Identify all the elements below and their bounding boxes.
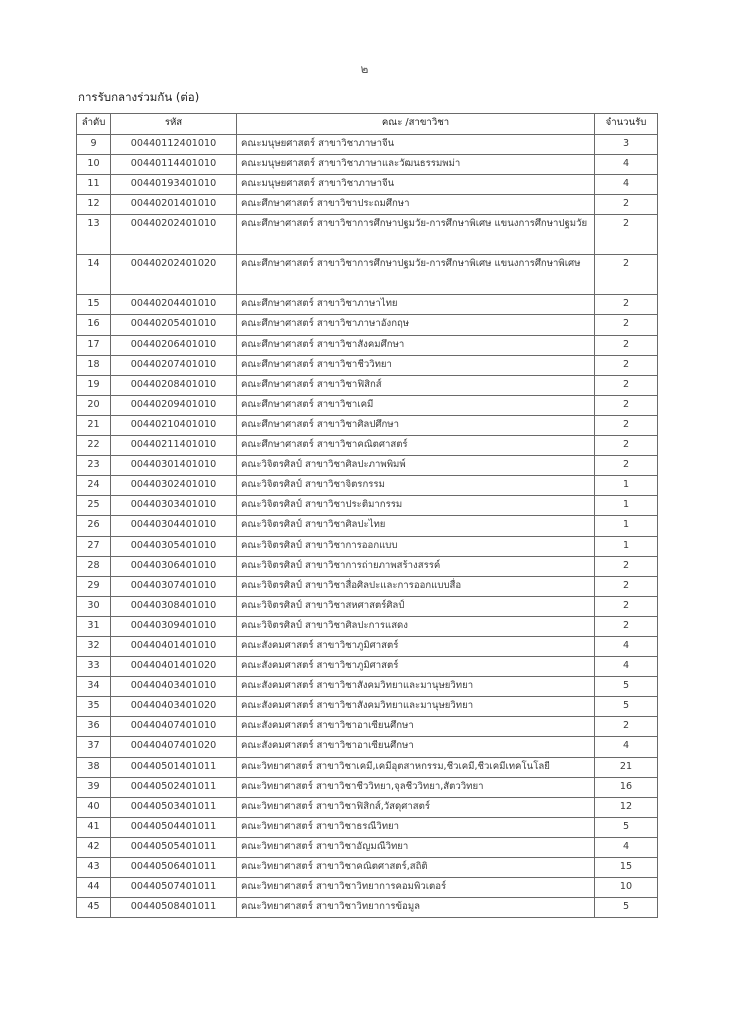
row-quota: 5 xyxy=(595,677,658,697)
row-faculty-major: คณะสังคมศาสตร์ สาขาวิชาภูมิศาสตร์ xyxy=(237,657,595,677)
row-quota: 2 xyxy=(595,215,658,255)
table-row: 2400440302401010คณะวิจิตรศิลป์ สาขาวิชาจ… xyxy=(77,476,658,496)
table-row: 1100440193401010คณะมนุษยศาสตร์ สาขาวิชาภ… xyxy=(77,175,658,195)
row-code: 00440302401010 xyxy=(111,476,237,496)
table-row: 1900440208401010คณะศึกษาศาสตร์ สาขาวิชาฟ… xyxy=(77,375,658,395)
header-quota: จำนวนรับ xyxy=(595,114,658,135)
row-order: 28 xyxy=(77,556,111,576)
row-quota: 2 xyxy=(595,456,658,476)
row-quota: 5 xyxy=(595,898,658,918)
table-row: 4400440507401011คณะวิทยาศาสตร์ สาขาวิชาว… xyxy=(77,878,658,898)
row-quota: 21 xyxy=(595,757,658,777)
row-code: 00440112401010 xyxy=(111,135,237,155)
row-faculty-major: คณะสังคมศาสตร์ สาขาวิชาสังคมวิทยาและมานุ… xyxy=(237,697,595,717)
row-faculty-major: คณะวิจิตรศิลป์ สาขาวิชาประติมากรรม xyxy=(237,496,595,516)
row-order: 32 xyxy=(77,636,111,656)
row-code: 00440506401011 xyxy=(111,858,237,878)
row-order: 33 xyxy=(77,657,111,677)
row-order: 17 xyxy=(77,335,111,355)
row-order: 35 xyxy=(77,697,111,717)
row-faculty-major: คณะวิจิตรศิลป์ สาขาวิชาศิลปะการแสดง xyxy=(237,616,595,636)
table-row: 2000440209401010คณะศึกษาศาสตร์ สาขาวิชาเ… xyxy=(77,395,658,415)
table-row: 3600440407401010คณะสังคมศาสตร์ สาขาวิชาอ… xyxy=(77,717,658,737)
row-quota: 1 xyxy=(595,476,658,496)
row-quota: 2 xyxy=(595,596,658,616)
row-faculty-major: คณะศึกษาศาสตร์ สาขาวิชาฟิสิกส์ xyxy=(237,375,595,395)
row-code: 00440208401010 xyxy=(111,375,237,395)
row-code: 00440501401011 xyxy=(111,757,237,777)
row-quota: 10 xyxy=(595,878,658,898)
row-quota: 2 xyxy=(595,255,658,295)
table-row: 2700440305401010คณะวิจิตรศิลป์ สาขาวิชาก… xyxy=(77,536,658,556)
row-quota: 15 xyxy=(595,858,658,878)
row-order: 23 xyxy=(77,456,111,476)
row-faculty-major: คณะวิจิตรศิลป์ สาขาวิชาจิตรกรรม xyxy=(237,476,595,496)
row-faculty-major: คณะศึกษาศาสตร์ สาขาวิชาภาษาอังกฤษ xyxy=(237,315,595,335)
row-order: 30 xyxy=(77,596,111,616)
row-order: 42 xyxy=(77,837,111,857)
table-row: 4300440506401011คณะวิทยาศาสตร์ สาขาวิชาค… xyxy=(77,858,658,878)
row-faculty-major: คณะศึกษาศาสตร์ สาขาวิชาประถมศึกษา xyxy=(237,195,595,215)
row-faculty-major: คณะวิทยาศาสตร์ สาขาวิชาธรณีวิทยา xyxy=(237,817,595,837)
row-code: 00440307401010 xyxy=(111,576,237,596)
row-code: 00440206401010 xyxy=(111,335,237,355)
table-row: 4000440503401011คณะวิทยาศาสตร์ สาขาวิชาฟ… xyxy=(77,797,658,817)
row-quota: 4 xyxy=(595,155,658,175)
row-faculty-major: คณะมนุษยศาสตร์ สาขาวิชาภาษาและวัฒนธรรมพม… xyxy=(237,155,595,175)
header-order: ลำดับ xyxy=(77,114,111,135)
row-order: 39 xyxy=(77,777,111,797)
table-row: 1000440114401010คณะมนุษยศาสตร์ สาขาวิชาภ… xyxy=(77,155,658,175)
table-row: 3900440502401011คณะวิทยาศาสตร์ สาขาวิชาช… xyxy=(77,777,658,797)
row-faculty-major: คณะศึกษาศาสตร์ สาขาวิชาการศึกษาปฐมวัย-กา… xyxy=(237,215,595,255)
row-quota: 4 xyxy=(595,175,658,195)
row-code: 00440401401020 xyxy=(111,657,237,677)
row-order: 43 xyxy=(77,858,111,878)
row-order: 22 xyxy=(77,436,111,456)
row-quota: 12 xyxy=(595,797,658,817)
row-faculty-major: คณะวิทยาศาสตร์ สาขาวิชาคณิตศาสตร์,สถิติ xyxy=(237,858,595,878)
table-header-row: ลำดับ รหัส คณะ /สาขาวิชา จำนวนรับ xyxy=(77,114,658,135)
table-row: 2600440304401010คณะวิจิตรศิลป์ สาขาวิชาศ… xyxy=(77,516,658,536)
row-order: 38 xyxy=(77,757,111,777)
row-quota: 2 xyxy=(595,195,658,215)
table-row: 1400440202401020คณะศึกษาศาสตร์ สาขาวิชาก… xyxy=(77,255,658,295)
table-row: 3100440309401010คณะวิจิตรศิลป์ สาขาวิชาศ… xyxy=(77,616,658,636)
row-code: 00440401401010 xyxy=(111,636,237,656)
row-faculty-major: คณะวิจิตรศิลป์ สาขาวิชาการถ่ายภาพสร้างสร… xyxy=(237,556,595,576)
row-quota: 1 xyxy=(595,516,658,536)
row-quota: 2 xyxy=(595,717,658,737)
row-quota: 2 xyxy=(595,395,658,415)
row-quota: 2 xyxy=(595,375,658,395)
row-order: 15 xyxy=(77,295,111,315)
row-order: 18 xyxy=(77,355,111,375)
row-code: 00440205401010 xyxy=(111,315,237,335)
table-row: 1800440207401010คณะศึกษาศาสตร์ สาขาวิชาช… xyxy=(77,355,658,375)
row-faculty-major: คณะศึกษาศาสตร์ สาขาวิชาศิลปศึกษา xyxy=(237,415,595,435)
row-order: 24 xyxy=(77,476,111,496)
row-faculty-major: คณะศึกษาศาสตร์ สาขาวิชาเคมี xyxy=(237,395,595,415)
table-row: 4100440504401011คณะวิทยาศาสตร์ สาขาวิชาธ… xyxy=(77,817,658,837)
table-body: 900440112401010คณะมนุษยศาสตร์ สาขาวิชาภา… xyxy=(77,135,658,918)
table-row: 2100440210401010คณะศึกษาศาสตร์ สาขาวิชาศ… xyxy=(77,415,658,435)
row-order: 45 xyxy=(77,898,111,918)
row-quota: 2 xyxy=(595,576,658,596)
table-row: 3800440501401011คณะวิทยาศาสตร์ สาขาวิชาเ… xyxy=(77,757,658,777)
row-quota: 4 xyxy=(595,737,658,757)
row-code: 00440211401010 xyxy=(111,436,237,456)
row-faculty-major: คณะศึกษาศาสตร์ สาขาวิชาคณิตศาสตร์ xyxy=(237,436,595,456)
row-code: 00440308401010 xyxy=(111,596,237,616)
row-code: 00440193401010 xyxy=(111,175,237,195)
row-code: 00440114401010 xyxy=(111,155,237,175)
row-code: 00440309401010 xyxy=(111,616,237,636)
row-faculty-major: คณะมนุษยศาสตร์ สาขาวิชาภาษาจีน xyxy=(237,135,595,155)
row-code: 00440210401010 xyxy=(111,415,237,435)
row-order: 12 xyxy=(77,195,111,215)
row-code: 00440503401011 xyxy=(111,797,237,817)
header-faculty-major: คณะ /สาขาวิชา xyxy=(237,114,595,135)
row-faculty-major: คณะวิทยาศาสตร์ สาขาวิชาวิทยาการข้อมูล xyxy=(237,898,595,918)
table-row: 3000440308401010คณะวิจิตรศิลป์ สาขาวิชาส… xyxy=(77,596,658,616)
row-code: 00440403401010 xyxy=(111,677,237,697)
section-title: การรับกลางร่วมกัน (ต่อ) xyxy=(78,89,199,107)
row-faculty-major: คณะวิทยาศาสตร์ สาขาวิชาชีววิทยา,จุลชีววิ… xyxy=(237,777,595,797)
row-faculty-major: คณะวิจิตรศิลป์ สาขาวิชาสหศาสตร์ศิลป์ xyxy=(237,596,595,616)
row-faculty-major: คณะสังคมศาสตร์ สาขาวิชาสังคมวิทยาและมานุ… xyxy=(237,677,595,697)
row-order: 19 xyxy=(77,375,111,395)
table-row: 2500440303401010คณะวิจิตรศิลป์ สาขาวิชาป… xyxy=(77,496,658,516)
row-code: 00440204401010 xyxy=(111,295,237,315)
row-faculty-major: คณะวิทยาศาสตร์ สาขาวิชาฟิสิกส์,วัสดุศาสต… xyxy=(237,797,595,817)
row-order: 27 xyxy=(77,536,111,556)
row-faculty-major: คณะวิจิตรศิลป์ สาขาวิชาศิลปะไทย xyxy=(237,516,595,536)
row-code: 00440504401011 xyxy=(111,817,237,837)
table-row: 2300440301401010คณะวิจิตรศิลป์ สาขาวิชาศ… xyxy=(77,456,658,476)
row-order: 13 xyxy=(77,215,111,255)
row-faculty-major: คณะสังคมศาสตร์ สาขาวิชาอาเซียนศึกษา xyxy=(237,717,595,737)
row-order: 44 xyxy=(77,878,111,898)
row-code: 00440508401011 xyxy=(111,898,237,918)
row-order: 10 xyxy=(77,155,111,175)
table-row: 2200440211401010คณะศึกษาศาสตร์ สาขาวิชาค… xyxy=(77,436,658,456)
row-code: 00440301401010 xyxy=(111,456,237,476)
row-quota: 2 xyxy=(595,295,658,315)
row-quota: 2 xyxy=(595,355,658,375)
row-code: 00440303401010 xyxy=(111,496,237,516)
table-row: 2900440307401010คณะวิจิตรศิลป์ สาขาวิชาส… xyxy=(77,576,658,596)
row-faculty-major: คณะวิจิตรศิลป์ สาขาวิชาสื่อศิลปะและการออ… xyxy=(237,576,595,596)
row-code: 00440502401011 xyxy=(111,777,237,797)
row-order: 20 xyxy=(77,395,111,415)
row-order: 37 xyxy=(77,737,111,757)
table-row: 1700440206401010คณะศึกษาศาสตร์ สาขาวิชาส… xyxy=(77,335,658,355)
row-quota: 2 xyxy=(595,315,658,335)
row-order: 26 xyxy=(77,516,111,536)
row-quota: 2 xyxy=(595,335,658,355)
table-row: 3300440401401020คณะสังคมศาสตร์ สาขาวิชาภ… xyxy=(77,657,658,677)
row-quota: 4 xyxy=(595,657,658,677)
row-faculty-major: คณะศึกษาศาสตร์ สาขาวิชาการศึกษาปฐมวัย-กา… xyxy=(237,255,595,295)
row-quota: 16 xyxy=(595,777,658,797)
row-faculty-major: คณะวิทยาศาสตร์ สาขาวิชาอัญมณีวิทยา xyxy=(237,837,595,857)
row-quota: 2 xyxy=(595,616,658,636)
table-row: 1500440204401010คณะศึกษาศาสตร์ สาขาวิชาภ… xyxy=(77,295,658,315)
row-order: 29 xyxy=(77,576,111,596)
row-code: 00440305401010 xyxy=(111,536,237,556)
row-order: 11 xyxy=(77,175,111,195)
row-code: 00440207401010 xyxy=(111,355,237,375)
header-code: รหัส xyxy=(111,114,237,135)
row-order: 31 xyxy=(77,616,111,636)
row-faculty-major: คณะวิทยาศาสตร์ สาขาวิชาเคมี,เคมีอุตสาหกร… xyxy=(237,757,595,777)
row-code: 00440209401010 xyxy=(111,395,237,415)
row-quota: 5 xyxy=(595,817,658,837)
row-order: 40 xyxy=(77,797,111,817)
row-code: 00440505401011 xyxy=(111,837,237,857)
row-quota: 4 xyxy=(595,837,658,857)
row-quota: 2 xyxy=(595,436,658,456)
table-row: 1600440205401010คณะศึกษาศาสตร์ สาขาวิชาภ… xyxy=(77,315,658,335)
row-faculty-major: คณะสังคมศาสตร์ สาขาวิชาภูมิศาสตร์ xyxy=(237,636,595,656)
row-quota: 3 xyxy=(595,135,658,155)
row-code: 00440306401010 xyxy=(111,556,237,576)
page-number: ๒ xyxy=(0,60,729,79)
row-faculty-major: คณะสังคมศาสตร์ สาขาวิชาอาเซียนศึกษา xyxy=(237,737,595,757)
row-code: 00440202401020 xyxy=(111,255,237,295)
row-order: 36 xyxy=(77,717,111,737)
table-row: 2800440306401010คณะวิจิตรศิลป์ สาขาวิชาก… xyxy=(77,556,658,576)
row-faculty-major: คณะศึกษาศาสตร์ สาขาวิชาสังคมศึกษา xyxy=(237,335,595,355)
row-order: 14 xyxy=(77,255,111,295)
row-code: 00440403401020 xyxy=(111,697,237,717)
row-quota: 1 xyxy=(595,496,658,516)
row-order: 41 xyxy=(77,817,111,837)
admission-quota-table: ลำดับ รหัส คณะ /สาขาวิชา จำนวนรับ 900440… xyxy=(76,113,658,918)
row-quota: 5 xyxy=(595,697,658,717)
table-row: 4500440508401011คณะวิทยาศาสตร์ สาขาวิชาว… xyxy=(77,898,658,918)
row-order: 9 xyxy=(77,135,111,155)
row-quota: 4 xyxy=(595,636,658,656)
row-order: 21 xyxy=(77,415,111,435)
row-faculty-major: คณะศึกษาศาสตร์ สาขาวิชาชีววิทยา xyxy=(237,355,595,375)
table-row: 1200440201401010คณะศึกษาศาสตร์ สาขาวิชาป… xyxy=(77,195,658,215)
row-order: 34 xyxy=(77,677,111,697)
row-quota: 1 xyxy=(595,536,658,556)
table-row: 1300440202401010คณะศึกษาศาสตร์ สาขาวิชาก… xyxy=(77,215,658,255)
row-order: 25 xyxy=(77,496,111,516)
row-faculty-major: คณะมนุษยศาสตร์ สาขาวิชาภาษาจีน xyxy=(237,175,595,195)
table-row: 3700440407401020คณะสังคมศาสตร์ สาขาวิชาอ… xyxy=(77,737,658,757)
table-row: 3400440403401010คณะสังคมศาสตร์ สาขาวิชาส… xyxy=(77,677,658,697)
row-faculty-major: คณะวิจิตรศิลป์ สาขาวิชาการออกแบบ xyxy=(237,536,595,556)
row-code: 00440407401020 xyxy=(111,737,237,757)
row-faculty-major: คณะวิจิตรศิลป์ สาขาวิชาศิลปะภาพพิมพ์ xyxy=(237,456,595,476)
table-row: 4200440505401011คณะวิทยาศาสตร์ สาขาวิชาอ… xyxy=(77,837,658,857)
row-order: 16 xyxy=(77,315,111,335)
row-code: 00440201401010 xyxy=(111,195,237,215)
row-quota: 2 xyxy=(595,415,658,435)
table-row: 3200440401401010คณะสังคมศาสตร์ สาขาวิชาภ… xyxy=(77,636,658,656)
row-quota: 2 xyxy=(595,556,658,576)
row-code: 00440202401010 xyxy=(111,215,237,255)
row-faculty-major: คณะศึกษาศาสตร์ สาขาวิชาภาษาไทย xyxy=(237,295,595,315)
table-row: 3500440403401020คณะสังคมศาสตร์ สาขาวิชาส… xyxy=(77,697,658,717)
row-code: 00440507401011 xyxy=(111,878,237,898)
row-faculty-major: คณะวิทยาศาสตร์ สาขาวิชาวิทยาการคอมพิวเตอ… xyxy=(237,878,595,898)
table-row: 900440112401010คณะมนุษยศาสตร์ สาขาวิชาภา… xyxy=(77,135,658,155)
row-code: 00440407401010 xyxy=(111,717,237,737)
row-code: 00440304401010 xyxy=(111,516,237,536)
